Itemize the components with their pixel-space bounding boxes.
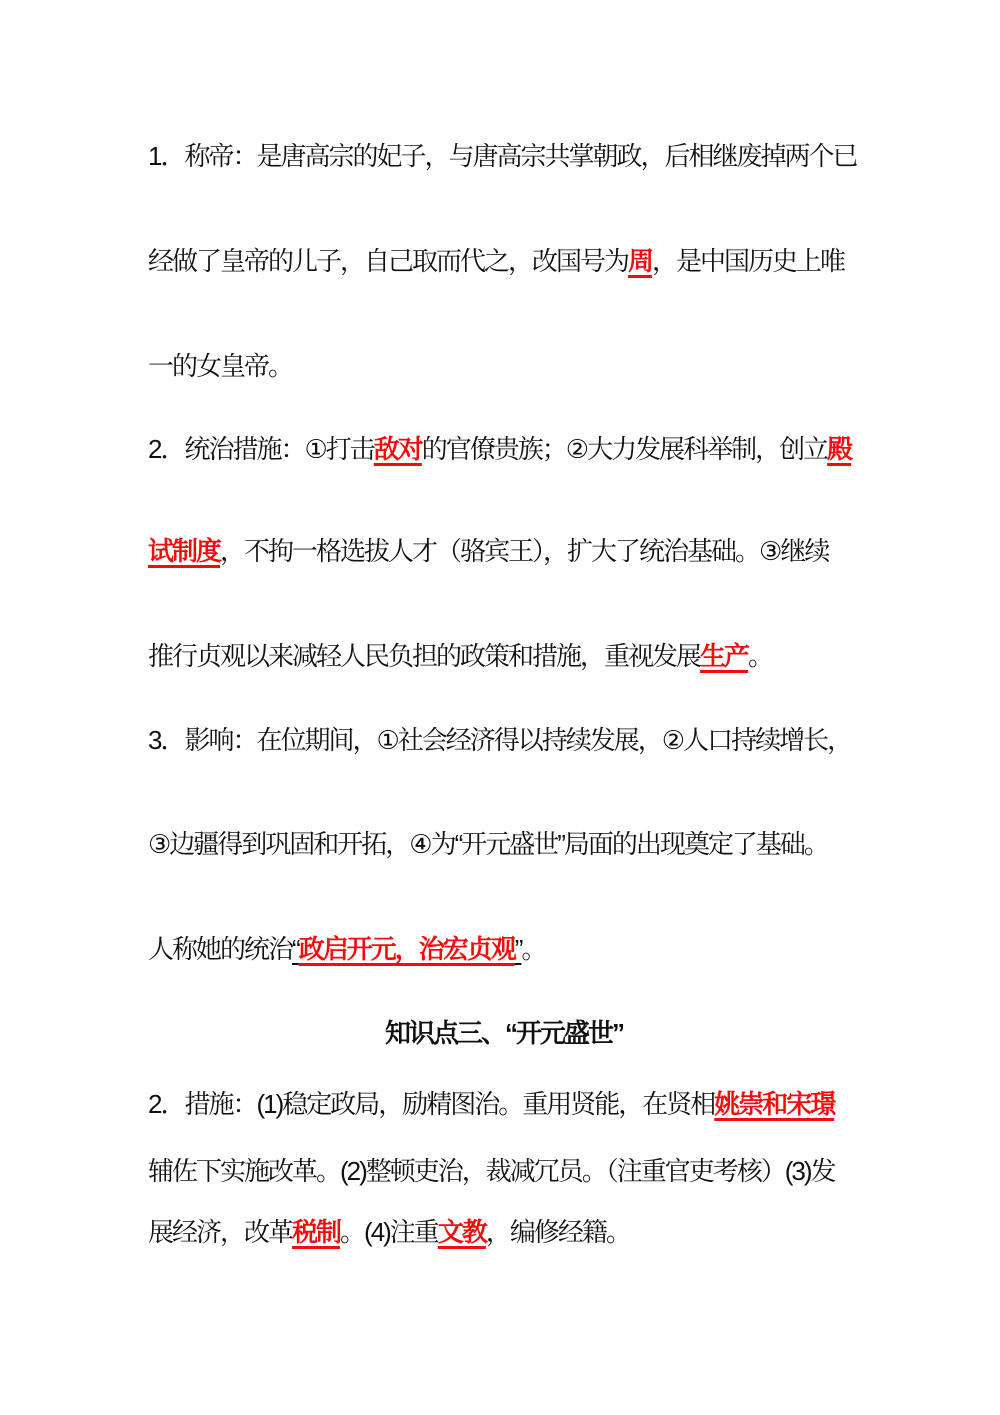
text-run: 2．措施：(1)稳定政局，励精图治。重用贤能，在贤相	[148, 1089, 714, 1119]
text-line: 辅佐下实施改革。(2)整顿吏治，裁减冗员。（注重官吏考核）(3)发	[148, 1156, 860, 1186]
text-run: 3．影响：在位期间，①社会经济得以持续发展，②人口持续增长，	[148, 725, 851, 755]
text-run: ③边疆得到巩固和开拓，④为“开元盛世”局面的出现奠定了基础。	[148, 829, 828, 859]
quote-mark: “	[292, 934, 299, 964]
text-line: 经做了皇帝的儿子，自己取而代之，改国号为周，是中国历史上唯	[148, 246, 860, 276]
highlight-term: 文教	[438, 1217, 486, 1247]
highlight-term: 生产	[700, 641, 748, 671]
text-line: ③边疆得到巩固和开拓，④为“开元盛世”局面的出现奠定了基础。	[148, 829, 860, 859]
text-line: 人称她的统治“政启开元，治宏贞观”。	[148, 934, 860, 964]
highlight-term: 周	[628, 246, 652, 276]
text-run: 。	[748, 641, 772, 671]
text-run: 。	[521, 934, 545, 964]
highlight-term: 殿	[827, 434, 851, 464]
highlight-term: 姚崇和宋璟	[714, 1089, 834, 1119]
text-line: 2．措施：(1)稳定政局，励精图治。重用贤能，在贤相姚崇和宋璟	[148, 1089, 860, 1119]
section-heading: 知识点三、“开元盛世”	[148, 1018, 860, 1048]
highlight-term: 试制度	[148, 536, 220, 566]
text-line: 展经济，改革税制。(4)注重文教，编修经籍。	[148, 1217, 860, 1247]
text-line: 一的女皇帝。	[148, 351, 860, 381]
text-run: ，编修经籍。	[486, 1217, 630, 1247]
highlight-term: 敌对	[374, 434, 422, 464]
text-run: 。(4)注重	[340, 1217, 438, 1247]
text-run: 1．称帝：是唐高宗的妃子，与唐高宗共掌朝政，后相继废掉两个已	[148, 141, 856, 171]
text-run: ，是中国历史上唯	[652, 246, 844, 276]
document-page: 1．称帝：是唐高宗的妃子，与唐高宗共掌朝政，后相继废掉两个已 经做了皇帝的儿子，…	[0, 0, 1000, 1415]
text-run: 人称她的统治	[148, 934, 292, 964]
text-line: 试制度，不拘一格选拔人才（骆宾王），扩大了统治基础。③继续	[148, 536, 860, 566]
highlight-term: 税制	[292, 1217, 340, 1247]
text-run: 推行贞观以来减轻人民负担的政策和措施，重视发展	[148, 641, 700, 671]
section-heading-text: 知识点三、“开元盛世”	[385, 1018, 623, 1048]
text-line: 推行贞观以来减轻人民负担的政策和措施，重视发展生产。	[148, 641, 860, 671]
text-run: 2．统治措施：①打击	[148, 434, 374, 464]
text-run: 一的女皇帝。	[148, 351, 292, 381]
highlight-term: 政启开元，治宏贞观	[299, 934, 515, 964]
text-line: 3．影响：在位期间，①社会经济得以持续发展，②人口持续增长，	[148, 725, 860, 755]
text-line: 2．统治措施：①打击敌对的官僚贵族；②大力发展科举制，创立殿	[148, 434, 860, 464]
text-run: 的官僚贵族；②大力发展科举制，创立	[422, 434, 827, 464]
text-run: ，不拘一格选拔人才（骆宾王），扩大了统治基础。③继续	[220, 536, 828, 566]
text-run: 展经济，改革	[148, 1217, 292, 1247]
text-run: 经做了皇帝的儿子，自己取而代之，改国号为	[148, 246, 628, 276]
text-line: 1．称帝：是唐高宗的妃子，与唐高宗共掌朝政，后相继废掉两个已	[148, 141, 860, 171]
text-run: 辅佐下实施改革。(2)整顿吏治，裁减冗员。（注重官吏考核）(3)发	[148, 1156, 835, 1186]
